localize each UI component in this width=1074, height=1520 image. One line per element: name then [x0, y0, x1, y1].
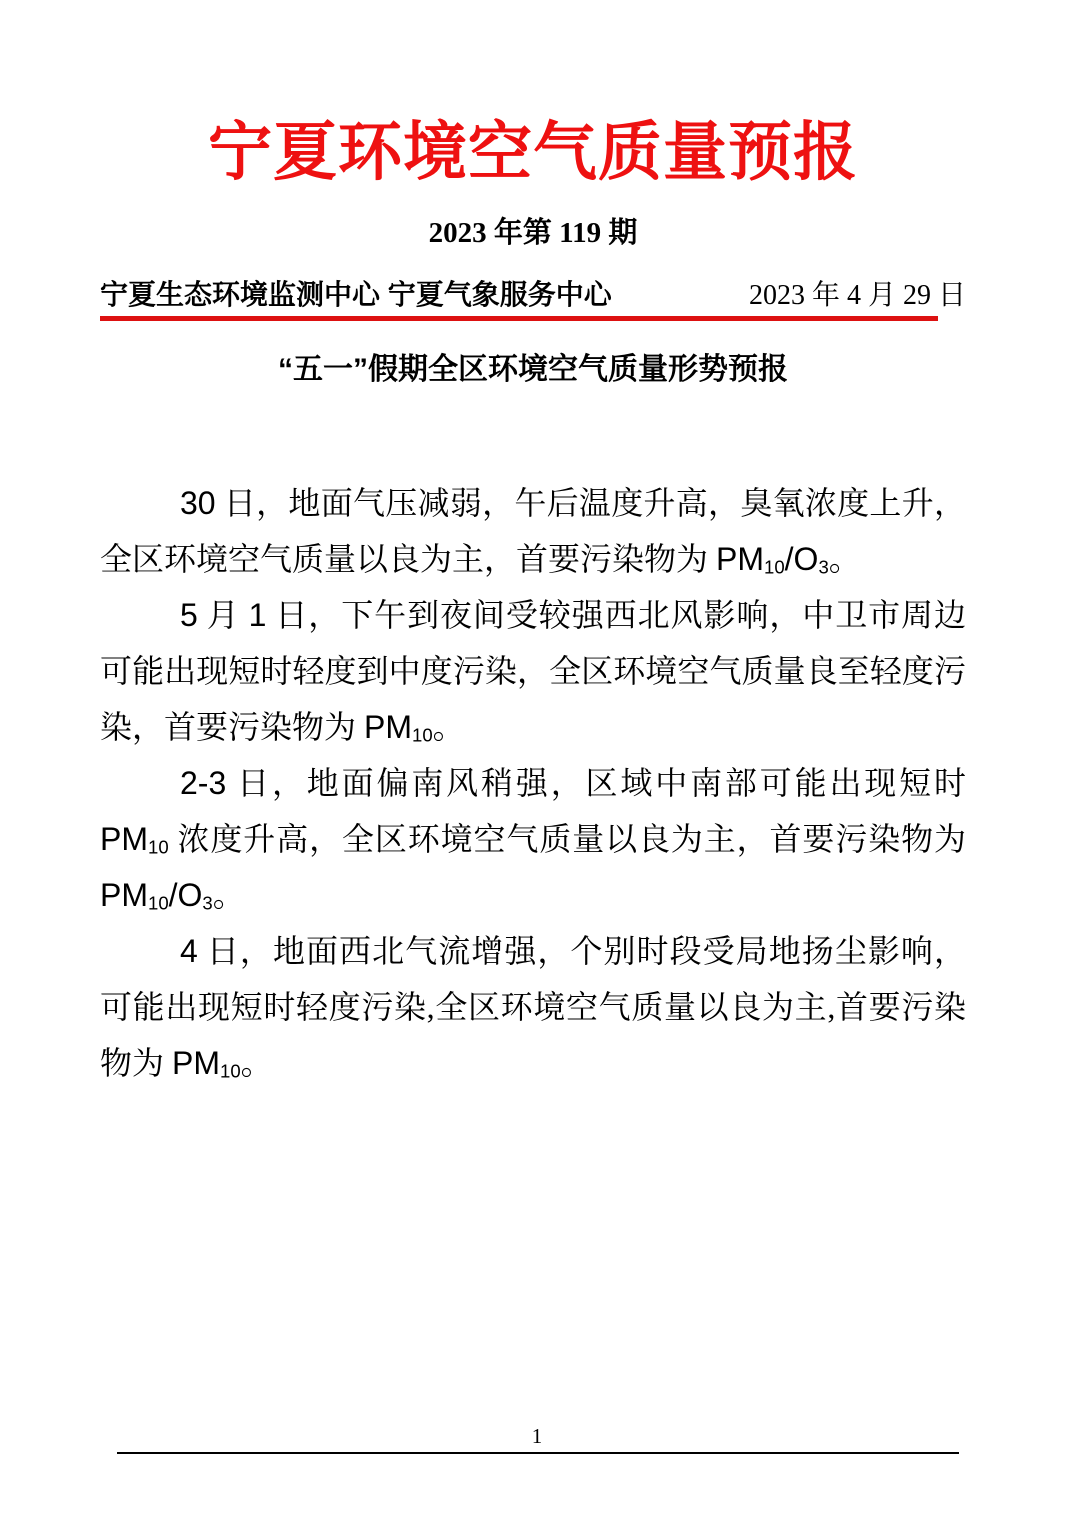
text-segment: 30 [180, 485, 216, 521]
text-segment: 月 [198, 597, 249, 633]
document-content: 宁夏环境空气质量预报 2023 年第 119 期 宁夏生态环境监测中心 宁夏气象… [0, 0, 1074, 1091]
text-segment: 。 [213, 877, 245, 913]
paragraph: 2-3 日，地面偏南风稍强，区域中南部可能出现短时 PM10 浓度升高，全区环境… [100, 755, 966, 923]
text-segment: 4 [180, 933, 198, 969]
paragraph: 5 月 1 日，下午到夜间受较强西北风影响，中卫市周边可能出现短时轻度到中度污染… [100, 587, 966, 755]
text-segment: 5 [180, 597, 198, 633]
text-segment: 浓度升高，全区环境空气质量以良为主，首要污染物为 [169, 821, 966, 857]
subscript-text: 10 [148, 836, 169, 857]
text-segment: 1 [249, 597, 267, 633]
text-segment: /O [785, 541, 819, 577]
text-segment: PM [172, 1045, 220, 1081]
subscript-text: 3 [202, 892, 212, 913]
text-segment: PM [100, 821, 148, 857]
text-segment: /O [169, 877, 203, 913]
red-divider-line [100, 316, 938, 321]
subscript-text: 10 [148, 892, 169, 913]
subscript-text: 10 [220, 1060, 241, 1081]
text-segment: PM [100, 877, 148, 913]
text-segment: 日，地面偏南风稍强，区域中南部可能出现短时 [226, 765, 966, 801]
paragraph: 30 日，地面气压减弱，午后温度升高，臭氧浓度上升，全区环境空气质量以良为主，首… [100, 475, 966, 587]
text-segment: 。 [241, 1045, 273, 1081]
section-title: “五一”假期全区环境空气质量形势预报 [100, 349, 966, 391]
issuing-organizations: 宁夏生态环境监测中心 宁夏气象服务中心 [100, 278, 612, 312]
text-segment: 日，地面西北气流增强，个别时段受局地扬尘影响，可能出现短时轻度污染,全区环境空气… [100, 933, 966, 1081]
document-title: 宁夏环境空气质量预报 [100, 110, 966, 196]
issue-date: 2023 年 4 月 29 日 [749, 279, 966, 313]
footer-divider-line [117, 1452, 959, 1454]
text-segment: PM [716, 541, 764, 577]
text-segment: 。 [829, 541, 861, 577]
text-segment: 。 [433, 709, 465, 745]
issue-number: 2023 年第 119 期 [100, 214, 966, 252]
document-page: 宁夏环境空气质量预报 2023 年第 119 期 宁夏生态环境监测中心 宁夏气象… [0, 0, 1074, 1520]
text-segment: PM [364, 709, 412, 745]
page-number: 1 [0, 1422, 1074, 1450]
paragraph: 4 日，地面西北气流增强，个别时段受局地扬尘影响，可能出现短时轻度污染,全区环境… [100, 923, 966, 1091]
header-row: 宁夏生态环境监测中心 宁夏气象服务中心 2023 年 4 月 29 日 [100, 278, 966, 313]
text-segment: 2-3 [180, 765, 226, 801]
subscript-text: 3 [818, 556, 828, 577]
subscript-text: 10 [412, 724, 433, 745]
subscript-text: 10 [764, 556, 785, 577]
body-paragraphs: 30 日，地面气压减弱，午后温度升高，臭氧浓度上升，全区环境空气质量以良为主，首… [100, 475, 966, 1091]
